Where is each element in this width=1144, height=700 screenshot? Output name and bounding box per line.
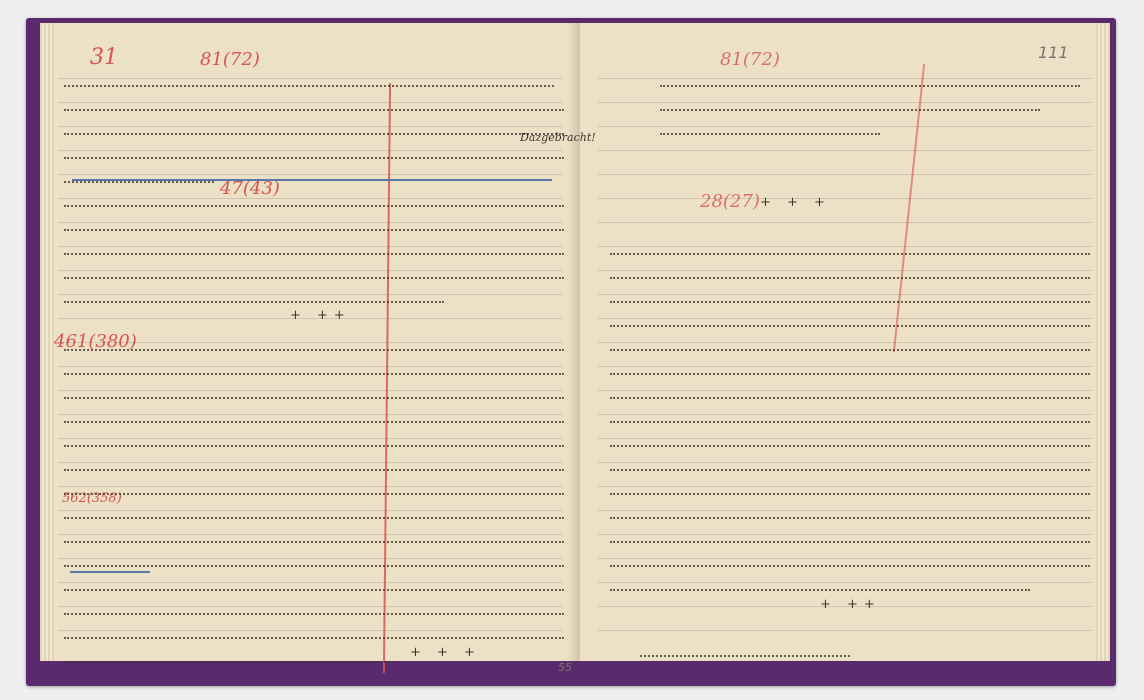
section-divider: + ++ <box>820 597 881 612</box>
handwritten-line <box>64 263 564 279</box>
section-mark: 28(27) <box>700 191 760 212</box>
handwritten-line <box>64 551 564 567</box>
handwritten-line <box>610 575 1030 591</box>
handwritten-line <box>64 407 564 423</box>
section-divider: + + + <box>410 645 481 660</box>
handwritten-line <box>64 359 564 375</box>
handwritten-line <box>64 191 564 207</box>
handwritten-line <box>610 239 1090 255</box>
section-mark: 81(72) <box>200 49 260 70</box>
blue-underline <box>70 571 150 573</box>
blue-strike <box>72 179 552 181</box>
handwritten-line <box>64 95 564 111</box>
right-page: 111 81(72) 28(27) + + + Dazgebracht! + +… <box>580 23 1110 661</box>
handwritten-line <box>610 527 1090 543</box>
handwritten-line <box>64 623 564 639</box>
section-mark: 81(72) <box>720 49 780 70</box>
handwritten-line <box>610 359 1090 375</box>
section-divider: + + + <box>760 195 831 210</box>
handwritten-line <box>64 335 564 351</box>
handwritten-line <box>64 575 564 591</box>
top-mark: 31 <box>90 45 118 70</box>
handwritten-line <box>610 503 1090 519</box>
handwritten-line <box>610 311 1090 327</box>
handwritten-line <box>660 119 880 135</box>
handwritten-line <box>64 287 444 303</box>
handwritten-line <box>610 335 1090 351</box>
handwritten-line <box>64 143 564 159</box>
handwritten-line <box>660 71 1080 87</box>
handwritten-line <box>610 431 1090 447</box>
handwritten-line <box>610 287 1090 303</box>
left-page: 31 81(72) 47(43) 461(380) 562(358) + ++ … <box>40 23 581 661</box>
handwritten-line <box>64 71 554 87</box>
handwritten-line <box>610 263 1090 279</box>
page-number: 55 <box>558 661 572 674</box>
handwritten-line <box>64 383 564 399</box>
handwritten-line <box>64 647 394 663</box>
section-divider: + ++ <box>290 308 351 323</box>
handwritten-line <box>610 455 1090 471</box>
handwritten-line <box>610 407 1090 423</box>
handwritten-line <box>64 455 564 471</box>
handwritten-line <box>660 95 1040 111</box>
handwritten-line <box>64 503 564 519</box>
handwritten-line <box>64 479 564 495</box>
handwritten-line <box>64 431 564 447</box>
handwritten-line <box>610 383 1090 399</box>
margin-note: Dazgebracht! <box>520 131 596 144</box>
handwritten-line <box>64 119 564 135</box>
handwritten-line <box>610 551 1090 567</box>
handwritten-line <box>64 239 564 255</box>
handwritten-line <box>640 641 850 657</box>
handwritten-line <box>64 527 564 543</box>
handwritten-line <box>64 599 564 615</box>
handwritten-line <box>610 479 1090 495</box>
page-number: 111 <box>1038 43 1069 62</box>
handwritten-line <box>64 215 564 231</box>
